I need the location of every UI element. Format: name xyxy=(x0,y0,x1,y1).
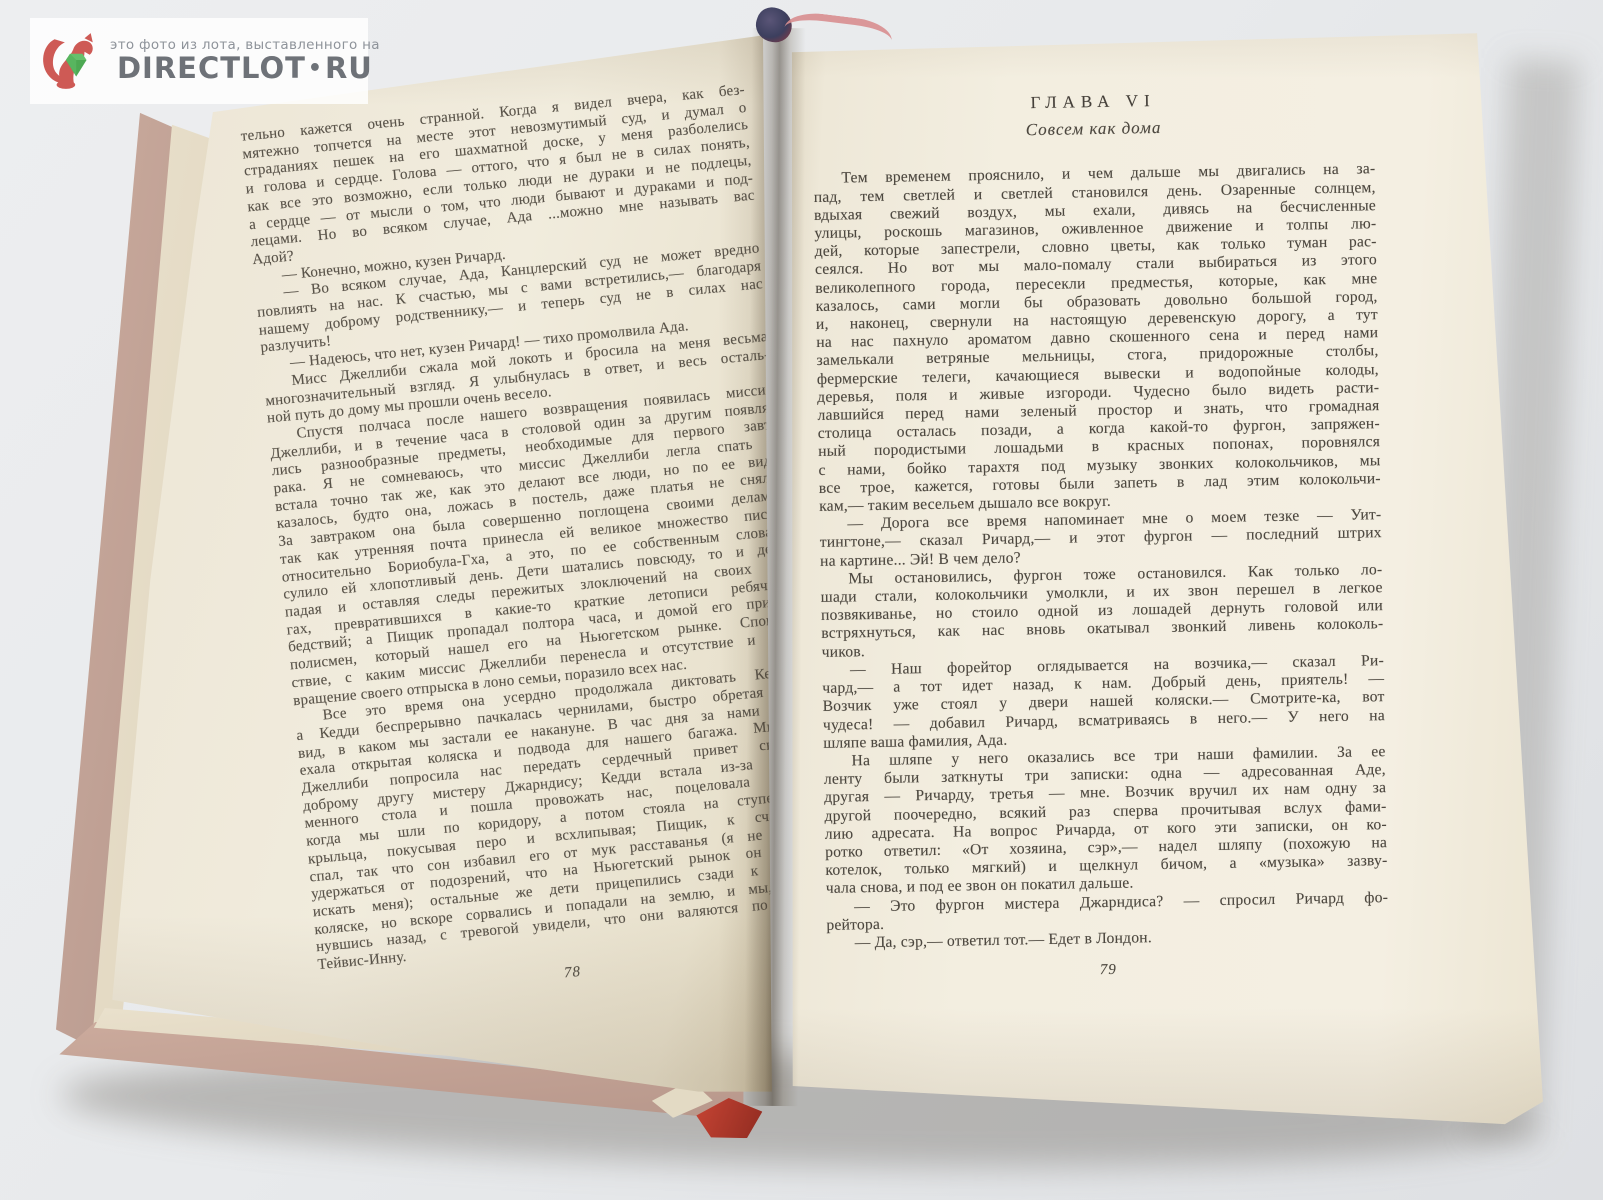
left-page-text: тельно кажется очень странной. Когда я в… xyxy=(240,82,825,1005)
watermark-band: это фото из лота, выставленного на DIREC… xyxy=(30,18,368,104)
squirrel-with-gem-icon xyxy=(38,31,100,91)
brand-separator-dot: • xyxy=(306,57,325,81)
watermark-brand: DIRECTLOT•RU xyxy=(117,53,373,85)
right-page-text: ГЛАВА VI Совсем как дома Тем временем пр… xyxy=(812,88,1389,984)
book-photo: тельно кажется очень странной. Когда я в… xyxy=(0,0,1603,1200)
left-page-body: тельно кажется очень странной. Когда я в… xyxy=(240,82,822,975)
spine-gutter-shadow xyxy=(744,28,806,1106)
left-page: тельно кажется очень странной. Когда я в… xyxy=(100,30,780,1110)
brand-name: DIRECTLOT xyxy=(117,51,306,85)
chapter-subtitle: Совсем как дома xyxy=(812,115,1374,143)
right-page: ГЛАВА VI Совсем как дома Тем временем пр… xyxy=(778,22,1553,1142)
brand-tld: RU xyxy=(325,51,373,85)
watermark-texts: это фото из лота, выставленного на DIREC… xyxy=(110,37,380,85)
right-page-body: Тем временем прояснило, и чем дальше мы … xyxy=(813,161,1389,953)
